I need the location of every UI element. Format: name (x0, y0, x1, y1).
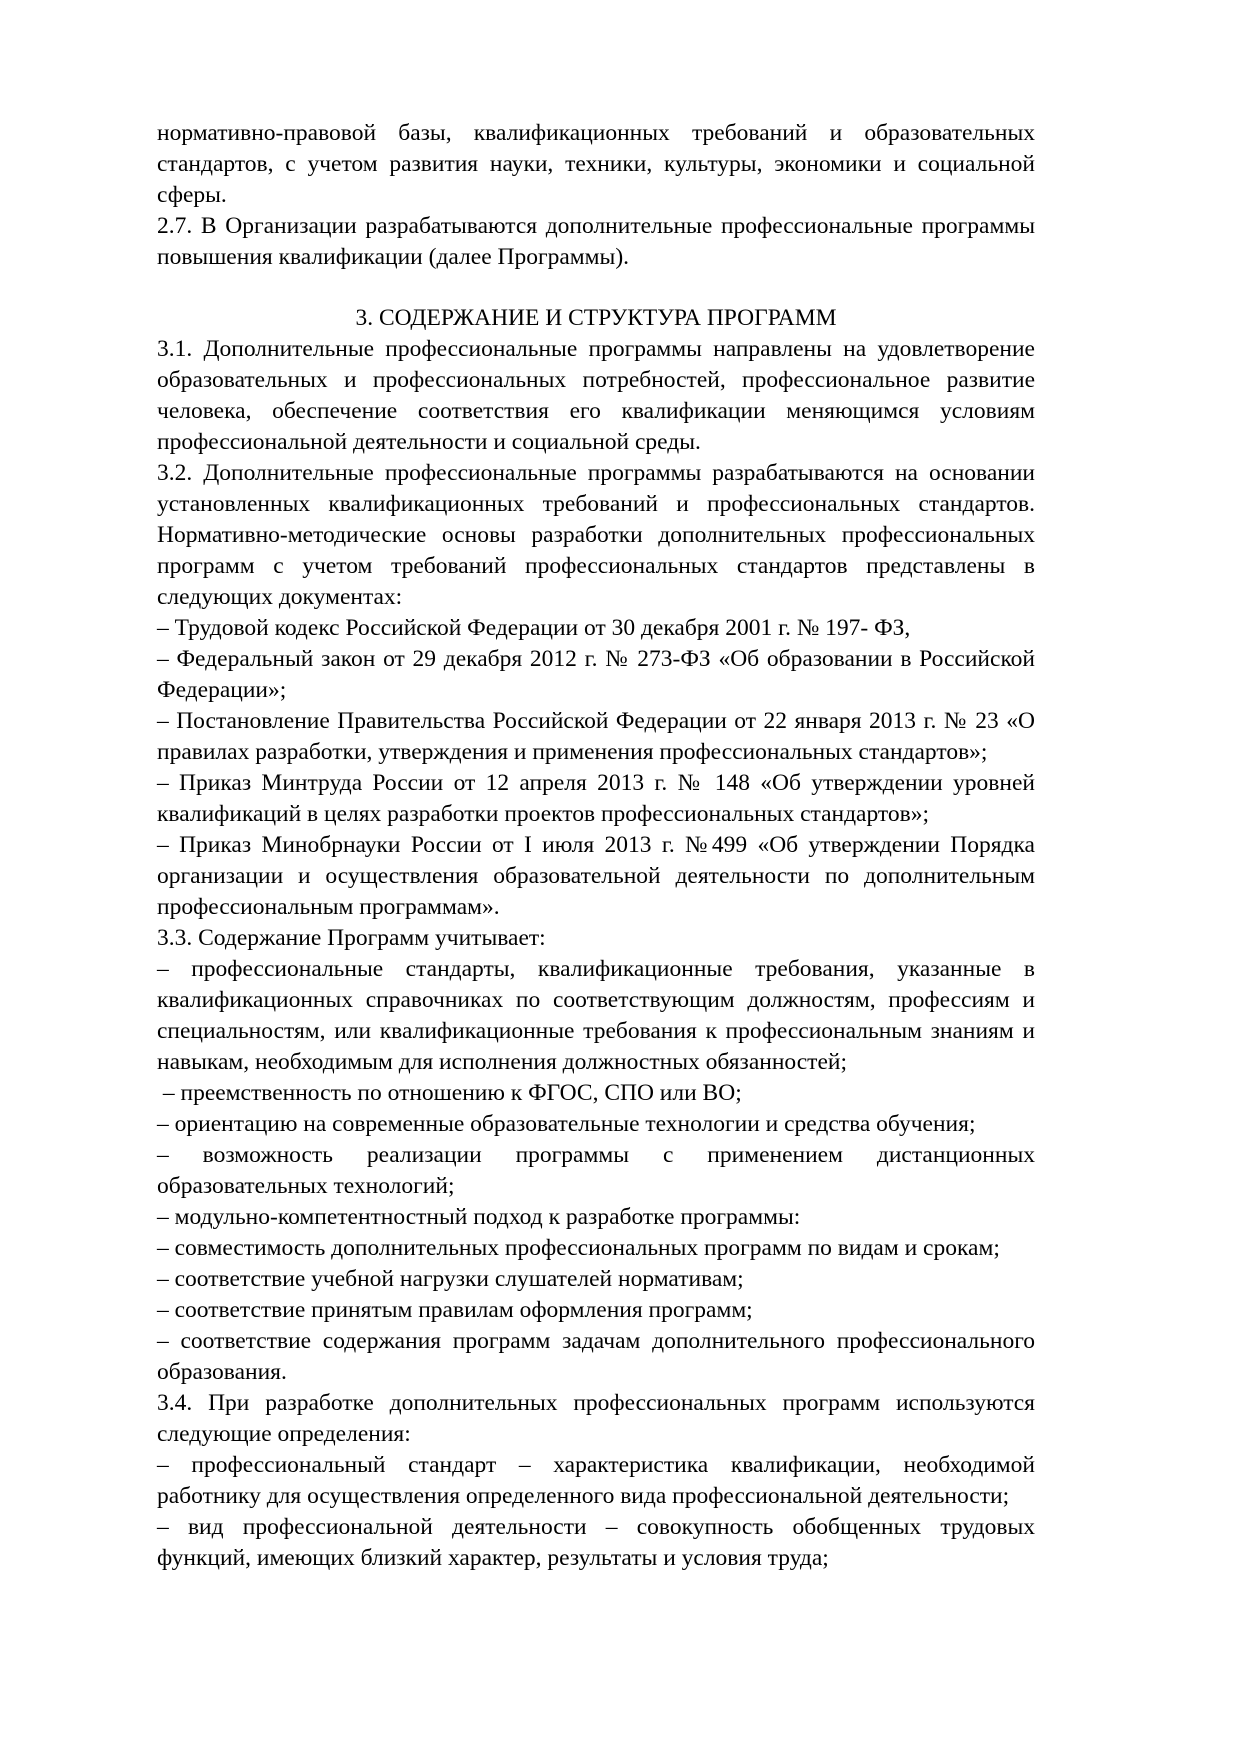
list-item: – совместимость дополнительных профессио… (157, 1233, 1035, 1264)
list-item: – соответствие принятым правилам оформле… (157, 1295, 1035, 1326)
list-item: – Приказ Минобрнауки России от I июля 20… (157, 830, 1035, 923)
list-item: – Постановление Правительства Российской… (157, 706, 1035, 768)
list-item: – преемственность по отношению к ФГОС, С… (157, 1078, 1035, 1109)
document-page: нормативно-правовой базы, квалификационн… (0, 0, 1241, 1755)
list-item: – соответствие содержания программ задач… (157, 1326, 1035, 1388)
paragraph: 2.7. В Организации разрабатываются допол… (157, 211, 1035, 273)
list-item: – профессиональный стандарт – характерис… (157, 1450, 1035, 1512)
list-item: – вид профессиональной деятельности – со… (157, 1512, 1035, 1574)
section-heading: 3. СОДЕРЖАНИЕ И СТРУКТУРА ПРОГРАММ (157, 303, 1035, 334)
list-item: – соответствие учебной нагрузки слушател… (157, 1264, 1035, 1295)
paragraph: 3.1. Дополнительные профессиональные про… (157, 334, 1035, 458)
paragraph: 3.2. Дополнительные профессиональные про… (157, 458, 1035, 613)
paragraph: 3.4. При разработке дополнительных профе… (157, 1388, 1035, 1450)
list-item: – модульно-компетентностный подход к раз… (157, 1202, 1035, 1233)
list-item: – Приказ Минтруда России от 12 апреля 20… (157, 768, 1035, 830)
list-item: – возможность реализации программы с при… (157, 1140, 1035, 1202)
list-item: – Трудовой кодекс Российской Федерации о… (157, 613, 1035, 644)
list-item: – профессиональные стандарты, квалификац… (157, 954, 1035, 1078)
list-item: – Федеральный закон от 29 декабря 2012 г… (157, 644, 1035, 706)
paragraph: нормативно-правовой базы, квалификационн… (157, 118, 1035, 211)
list-item: – ориентацию на современные образователь… (157, 1109, 1035, 1140)
paragraph: 3.3. Содержание Программ учитывает: (157, 923, 1035, 954)
